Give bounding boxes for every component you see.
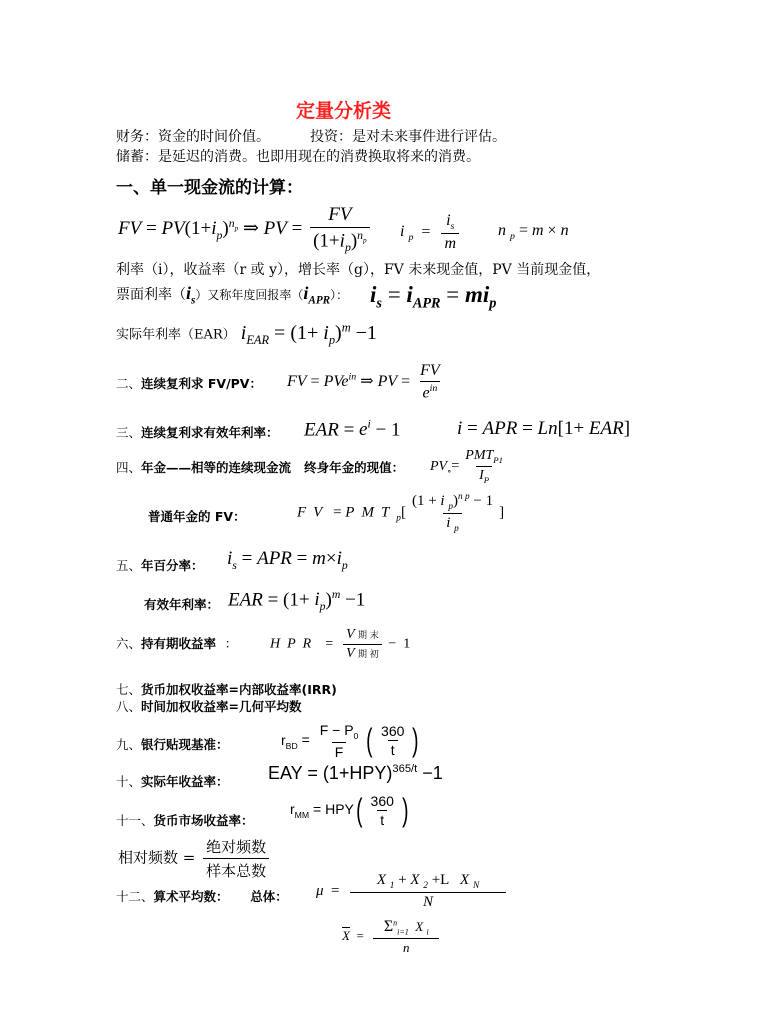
formula-hpr: HPR = V 期 末V 期 初 − 1 bbox=[270, 627, 410, 662]
section-4-heading: 四、年金——相等的连续现金流 终身年金的现值： bbox=[116, 458, 404, 476]
intro-line-2: 储蓄：是延迟的消费。也即用现在的消费换取将来的消费。 bbox=[116, 146, 480, 166]
coupon-rate-row: 票面利率（is）又称年度回报率（iAPR）： bbox=[116, 283, 348, 307]
formula-continuous-fv: FV = PVein ⇒ PV = FVein bbox=[287, 362, 446, 402]
formula-perpetuity: PV∘=PMTP1IP bbox=[430, 448, 509, 485]
section-11-heading: 十一、货币市场收益率： bbox=[116, 811, 254, 829]
section-10-heading: 十、实际年收益率： bbox=[116, 772, 229, 790]
section-6-heading: 六、持有期收益率 ： bbox=[116, 634, 237, 652]
section-2-heading: 二、连续复利求 FV/PV： bbox=[116, 374, 262, 392]
formula-apr-ln: i = APR = Ln[1+ EAR] bbox=[457, 418, 630, 440]
page-title: 定量分析类 bbox=[296, 96, 391, 123]
formula-ear-continuous: EAR = ei − 1 bbox=[304, 418, 400, 441]
section-7-heading: 七、货币加权收益率=内部收益率(IRR) bbox=[116, 680, 337, 698]
formula-coupon: is = iAPR = mip bbox=[370, 282, 496, 313]
ear-label: 实际年利率（EAR） bbox=[116, 328, 236, 343]
coupon-label-c: ）： bbox=[330, 288, 348, 302]
section-1-heading: 一、单一现金流的计算： bbox=[116, 173, 303, 198]
section-9-heading: 九、银行贴现基准： bbox=[116, 735, 229, 753]
formula-bank-discount: rBD = F − P0F(360t) bbox=[281, 722, 421, 760]
formula-money-market: rMM = HPY(360t) bbox=[290, 792, 411, 829]
formula-ip: i p = ism bbox=[400, 212, 462, 253]
coupon-label-b: ）又称年度回报率（ bbox=[195, 288, 303, 302]
formula-ear: EAR = (1+ ip)m −1 bbox=[228, 588, 365, 614]
formula-fv-pv: FV = PV(1+ip)np ⇒ PV = FV(1+ip)np bbox=[118, 204, 373, 255]
formula-eay: EAY = (1+HPY)365/t −1 bbox=[268, 763, 443, 784]
section-5-heading: 五、年百分率： bbox=[116, 556, 204, 574]
relative-frequency-lhs: 相对频数 bbox=[118, 849, 178, 867]
annuity-fv-label: 普通年金的 FV： bbox=[148, 507, 246, 525]
formula-relative-frequency: 相对频数 = 绝对频数样本总数 bbox=[118, 836, 272, 881]
intro-line-1b: 投资：是对未来事件进行评估。 bbox=[310, 126, 506, 146]
formula-annuity-fv: FV = PMTp[(1 + i p)n p − 1i p] bbox=[297, 492, 504, 534]
coupon-label-a: 票面利率（ bbox=[116, 287, 186, 303]
effective-annual-rate-label: 有效年利率： bbox=[144, 595, 219, 613]
section-8-heading: 八、时间加权收益率=几何平均数 bbox=[116, 697, 302, 715]
section-3-heading: 三、连续复利求有效年利率： bbox=[116, 423, 279, 441]
intro-line-1a: 财务：资金的时间价值。 bbox=[116, 126, 270, 146]
section-12-heading: 十二、算术平均数： 总体： bbox=[116, 887, 288, 905]
formula-population-mean: μ = X 1 + X 2 +L X NN bbox=[316, 872, 509, 911]
ear-row: 实际年利率（EAR） iEAR = (1+ ip)m −1 bbox=[116, 320, 377, 348]
formula-sample-mean: X = Σni=1 X in bbox=[342, 918, 442, 956]
formula-apr: is = APR = m×ip bbox=[227, 548, 348, 573]
definitions-text: 利率（i），收益率（r 或 y），增长率（g），FV 未来现金值，PV 当前现金… bbox=[116, 259, 600, 279]
formula-np: n p = m × n bbox=[498, 222, 569, 242]
